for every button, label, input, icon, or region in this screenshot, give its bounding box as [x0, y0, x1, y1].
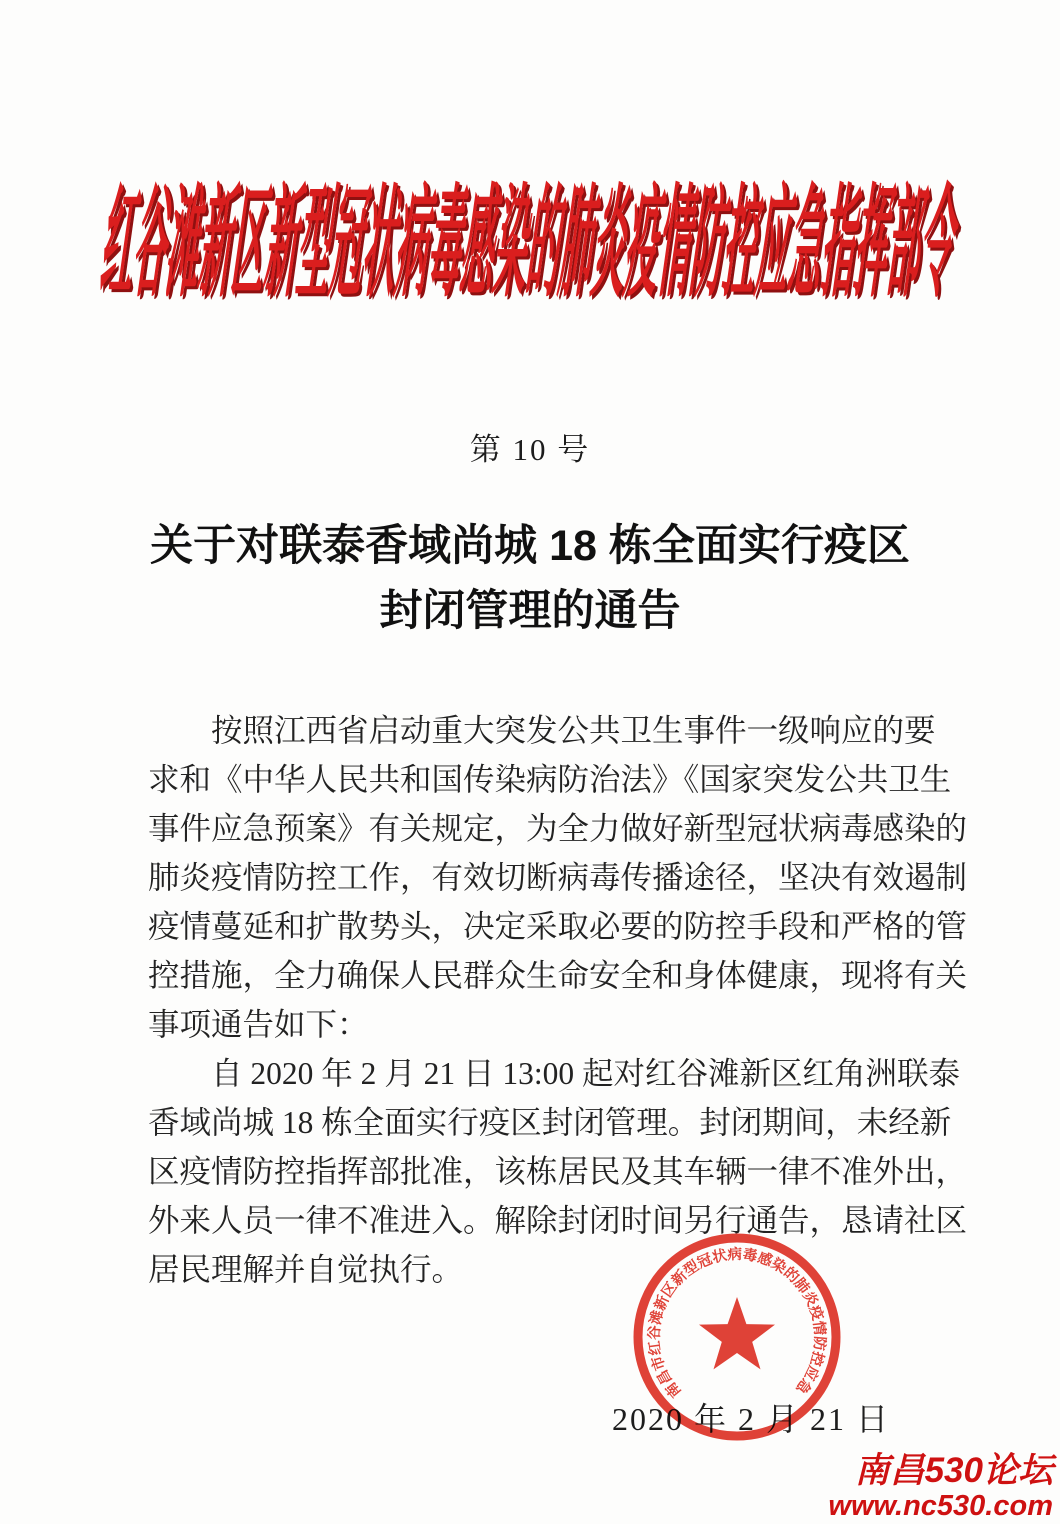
body-line: 疫情蔓延和扩散势头，决定采取必要的防控手段和严格的管 — [148, 902, 918, 951]
body-line: 事项通告如下： — [148, 1000, 918, 1049]
forum-watermark: 南昌530论坛 www.nc530.com — [828, 1452, 1053, 1522]
seal-star-icon — [699, 1297, 775, 1369]
agency-banner-svg: 红谷滩新区新型冠状病毒感染的肺炎疫情防控应急指挥部令 红谷滩新区新型冠状病毒感染… — [89, 166, 971, 324]
document-number: 第 10 号 — [0, 424, 1060, 469]
notice-body: 按照江西省启动重大突发公共卫生事件一级响应的要 求和《中华人民共和国传染病防治法… — [148, 706, 918, 1294]
notice-title-line1: 关于对联泰香域尚城 18 栋全面实行疫区 — [0, 514, 1060, 579]
notice-title: 关于对联泰香域尚城 18 栋全面实行疫区 封闭管理的通告 — [0, 514, 1060, 644]
body-line: 事件应急预案》有关规定，为全力做好新型冠状病毒感染的 — [148, 804, 918, 853]
agency-banner: 红谷滩新区新型冠状病毒感染的肺炎疫情防控应急指挥部令 红谷滩新区新型冠状病毒感染… — [89, 166, 971, 324]
notice-title-line2: 封闭管理的通告 — [0, 579, 1060, 644]
body-line: 肺炎疫情防控工作，有效切断病毒传播途径，坚决有效遏制 — [148, 853, 918, 902]
body-line: 控措施，全力确保人民群众生命安全和身体健康，现将有关 — [148, 951, 918, 1000]
forum-watermark-url: www.nc530.com — [828, 1491, 1053, 1523]
body-line: 求和《中华人民共和国传染病防治法》《国家突发公共卫生 — [148, 755, 918, 804]
body-line: 自 2020 年 2 月 21 日 13:00 起对红谷滩新区红角洲联泰 — [148, 1049, 918, 1098]
body-line: 香域尚城 18 栋全面实行疫区封闭管理。封闭期间，未经新 — [148, 1098, 918, 1147]
body-line: 外来人员一律不准进入。解除封闭时间另行通告，恳请社区 — [148, 1196, 918, 1245]
body-line: 区疫情防控指挥部批准，该栋居民及其车辆一律不准外出， — [148, 1147, 918, 1196]
body-line: 按照江西省启动重大突发公共卫生事件一级响应的要 — [148, 706, 918, 755]
body-line: 居民理解并自觉执行。 — [148, 1245, 918, 1294]
forum-watermark-name: 南昌530论坛 — [828, 1452, 1053, 1491]
agency-banner-text: 红谷滩新区新型冠状病毒感染的肺炎疫情防控应急指挥部令 — [95, 175, 966, 311]
issue-date: 2020 年 2 月 21 日 — [612, 1394, 890, 1440]
scanned-notice-page: 红谷滩新区新型冠状病毒感染的肺炎疫情防控应急指挥部令 红谷滩新区新型冠状病毒感染… — [0, 0, 1060, 1524]
